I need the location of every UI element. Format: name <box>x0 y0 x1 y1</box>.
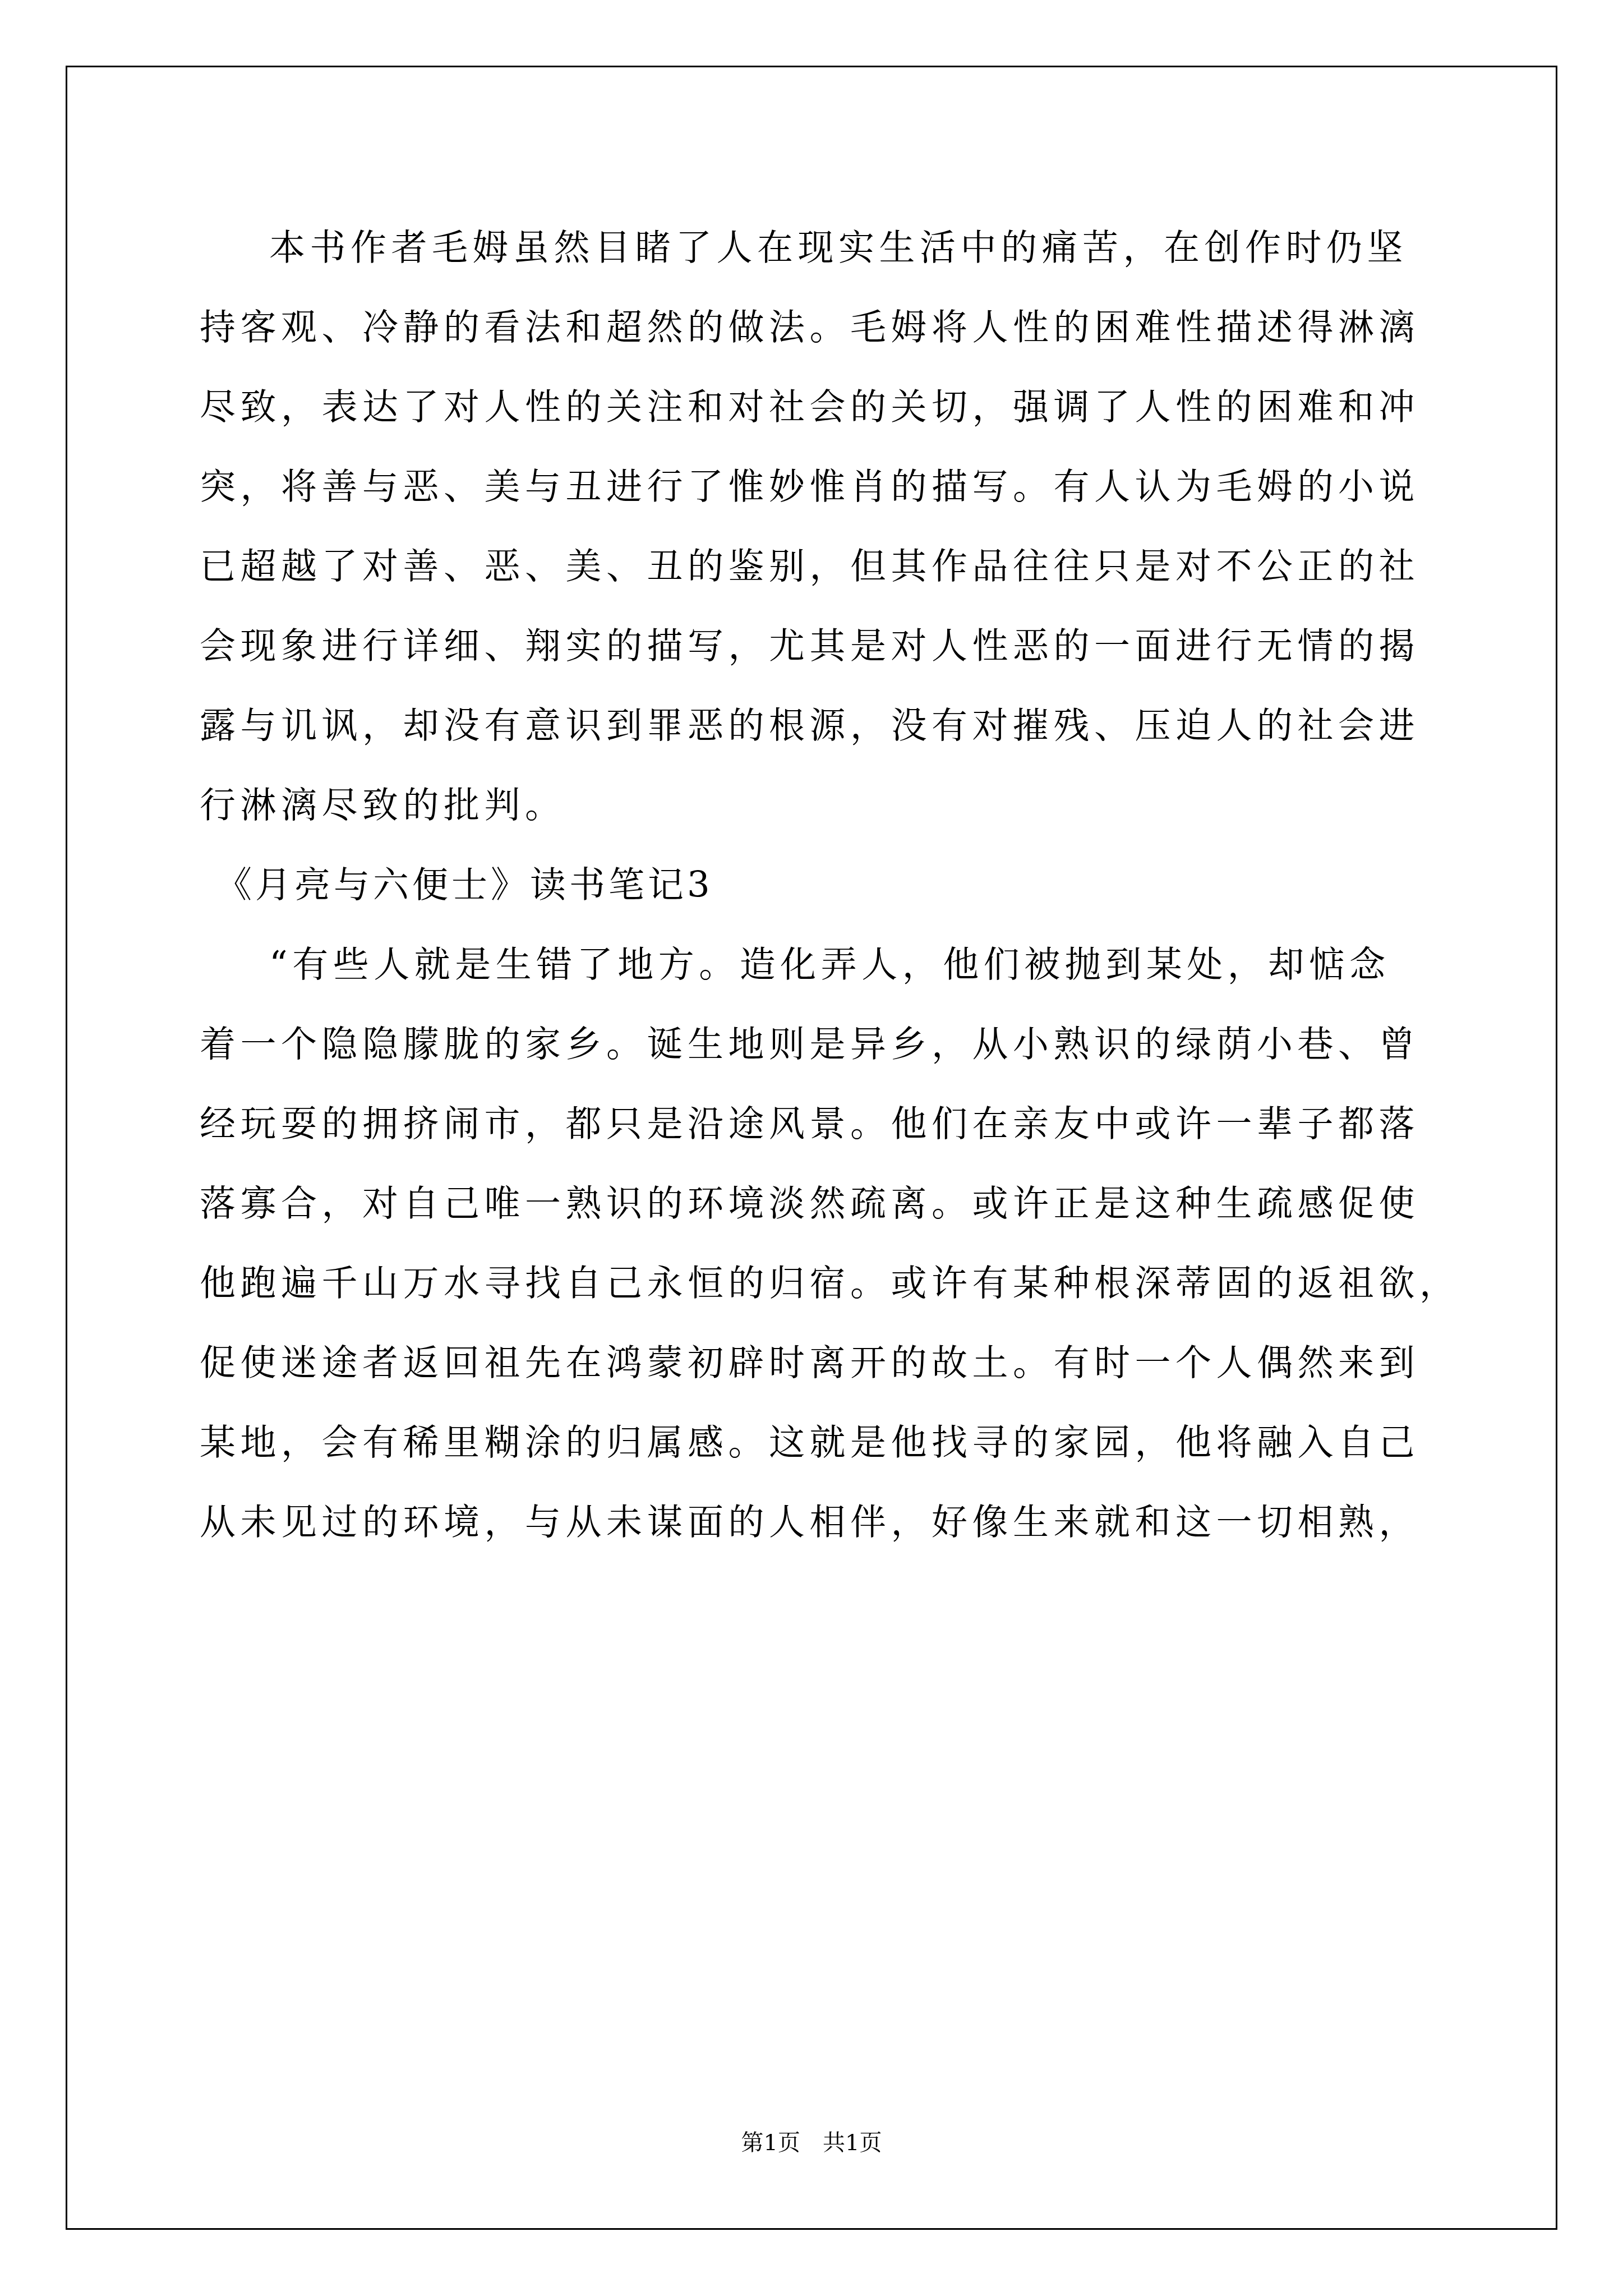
paragraph-1-line: 行淋漓尽致的批判。 <box>200 766 1433 845</box>
paragraph-1-line: 尽致，表达了对人性的关注和对社会的关切，强调了人性的困难和冲 <box>200 367 1433 447</box>
paragraph-2-line: 促使迷途者返回祖先在鸿蒙初辟时离开的故土。有时一个人偶然来到 <box>200 1323 1433 1403</box>
paragraph-1-line: 会现象进行详细、翔实的描写，尤其是对人性恶的一面进行无情的揭 <box>200 606 1433 686</box>
paragraph-2-line: 落寡合，对自己唯一熟识的环境淡然疏离。或许正是这种生疏感促使 <box>200 1164 1433 1244</box>
paragraph-1-line: 持客观、冷静的看法和超然的做法。毛姆将人性的困难性描述得淋漓 <box>200 288 1433 367</box>
page-number-footer: 第1页 共1页 <box>0 2126 1623 2160</box>
paragraph-1-line: 露与讥讽，却没有意识到罪恶的根源，没有对摧残、压迫人的社会进 <box>200 686 1433 766</box>
paragraph-2-line: “有些人就是生错了地方。造化弄人，他们被抛到某处，却惦念 <box>269 925 1503 1005</box>
paragraph-2-line: 从未见过的环境，与从未谋面的人相伴，好像生来就和这一切相熟， <box>200 1483 1433 1562</box>
paragraph-2-line: 着一个隐隐朦胧的家乡。诞生地则是异乡，从小熟识的绿荫小巷、曾 <box>200 1005 1433 1084</box>
paragraph-2-line: 经玩耍的拥挤闹市，都只是沿途风景。他们在亲友中或许一辈子都落 <box>200 1084 1433 1164</box>
paragraph-2-line: 他跑遍千山万水寻找自己永恒的归宿。或许有某种根深蒂固的返祖欲， <box>200 1244 1433 1323</box>
section-heading: 《月亮与六便士》读书笔记3 <box>216 845 1450 925</box>
paragraph-1-line: 突，将善与恶、美与丑进行了惟妙惟肖的描写。有人认为毛姆的小说 <box>200 447 1433 527</box>
paragraph-1-line: 本书作者毛姆虽然目睹了人在现实生活中的痛苦，在创作时仍坚 <box>269 208 1503 288</box>
paragraph-2-line: 某地，会有稀里糊涂的归属感。这就是他找寻的家园，他将融入自己 <box>200 1403 1433 1483</box>
paragraph-1-line: 已超越了对善、恶、美、丑的鉴别，但其作品往往只是对不公正的社 <box>200 527 1433 606</box>
